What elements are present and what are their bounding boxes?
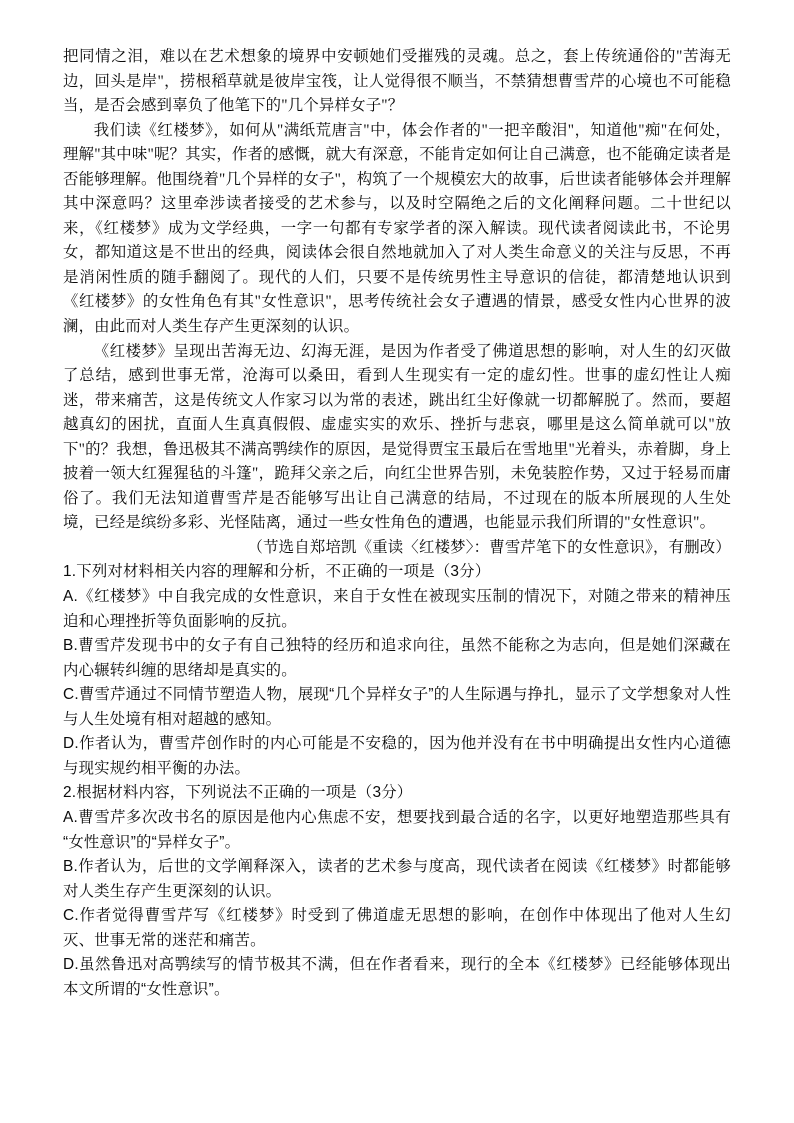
question-2-option-d: D.虽然鲁迅对高鹗续写的情节极其不满，但在作者看来，现行的全本《红楼梦》已经能够… (63, 953, 731, 1002)
exam-page: 把同情之泪，难以在艺术想象的境界中安顿她们受摧残的灵魂。总之，套上传统通俗的"苦… (0, 0, 794, 1123)
question-1-option-c: C.曹雪芹通过不同情节塑造人物，展现“几个异样女子”的人生际遇与挣扎，显示了文学… (63, 683, 731, 732)
question-1-option-a: A.《红楼梦》中自我完成的女性意识，来自于女性在被现实压制的情况下，对随之带来的… (63, 585, 731, 634)
question-1: 1.下列对材料相关内容的理解和分析，不正确的一项是（3分） A.《红楼梦》中自我… (63, 560, 731, 781)
question-2-stem: 2.根据材料内容，下列说法不正确的一项是（3分） (63, 781, 731, 806)
reading-passage: 把同情之泪，难以在艺术想象的境界中安顿她们受摧残的灵魂。总之，套上传统通俗的"苦… (63, 45, 731, 560)
question-1-stem: 1.下列对材料相关内容的理解和分析，不正确的一项是（3分） (63, 560, 731, 585)
passage-paragraph-3: 《红楼梦》呈现出苦海无边、幻海无涯，是因为作者受了佛道思想的影响，对人生的幻灭做… (63, 340, 731, 536)
question-2-option-a: A.曹雪芹多次改书名的原因是他内心焦虑不安，想要找到最合适的名字，以更好地塑造那… (63, 806, 731, 855)
passage-attribution: （节选自郑培凯《重读〈红楼梦〉：曹雪芹笔下的女性意识》，有删改） (63, 536, 731, 561)
questions-section: 1.下列对材料相关内容的理解和分析，不正确的一项是（3分） A.《红楼梦》中自我… (63, 560, 731, 1002)
question-2: 2.根据材料内容，下列说法不正确的一项是（3分） A.曹雪芹多次改书名的原因是他… (63, 781, 731, 1002)
question-1-option-b: B.曹雪芹发现书中的女子有自己独特的经历和追求向往，虽然不能称之为志向，但是她们… (63, 634, 731, 683)
question-1-option-d: D.作者认为，曹雪芹创作时的内心可能是不安稳的，因为他并没有在书中明确提出女性内… (63, 732, 731, 781)
passage-paragraph-2: 我们读《红楼梦》，如何从"满纸荒唐言"中，体会作者的"一把辛酸泪"，知道他"痴"… (63, 119, 731, 340)
question-2-option-b: B.作者认为，后世的文学阐释深入，读者的艺术参与度高，现代读者在阅读《红楼梦》时… (63, 855, 731, 904)
passage-paragraph-1: 把同情之泪，难以在艺术想象的境界中安顿她们受摧残的灵魂。总之，套上传统通俗的"苦… (63, 45, 731, 119)
question-2-option-c: C.作者觉得曹雪芹写《红楼梦》时受到了佛道虚无思想的影响，在创作中体现出了他对人… (63, 904, 731, 953)
